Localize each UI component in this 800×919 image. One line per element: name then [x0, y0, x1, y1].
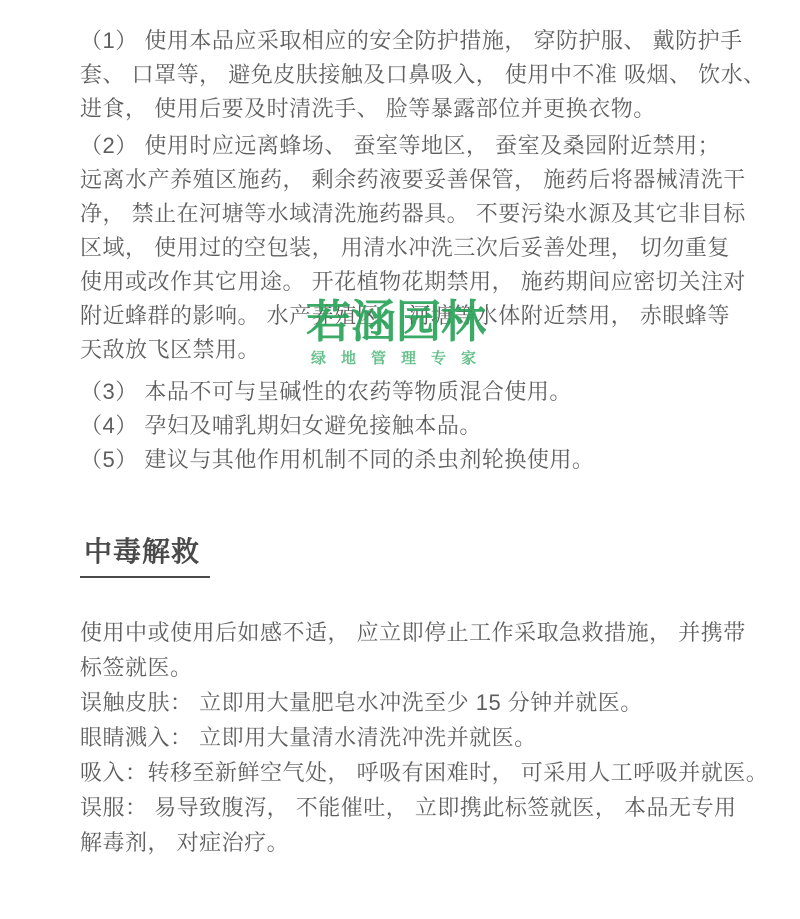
first-aid-section: 使用中或使用后如感不适， 应立即停止工作采取急救措施， 并携带 标签就医。 误触…	[0, 615, 800, 860]
section-heading-wrap: 中毒解救	[80, 530, 800, 578]
first-aid-line: 吸入：转移至新鲜空气处， 呼吸有困难时， 可采用人工呼吸并就医。	[80, 755, 800, 790]
precaution-line: （4） 孕妇及哺乳期妇女避免接触本品。	[80, 409, 800, 443]
precaution-line: 使用或改作其它用途。 开花植物花期禁用， 施药期间应密切关注对	[80, 265, 800, 299]
precaution-line: 净， 禁止在河塘等水域清洗施药器具。 不要污染水源及其它非目标	[80, 197, 800, 231]
precaution-line: 天敌放飞区禁用。	[80, 333, 800, 367]
precaution-line: （3） 本品不可与呈碱性的农药等物质混合使用。	[80, 375, 800, 409]
precautions-section: （1） 使用本品应采取相应的安全防护措施， 穿防护服、 戴防护手 套、 口罩等，…	[0, 0, 800, 477]
poison-rescue-section-title: 中毒解救	[80, 530, 210, 578]
first-aid-line: 解毒剂， 对症治疗。	[80, 825, 800, 860]
pesticide-label-page: （1） 使用本品应采取相应的安全防护措施， 穿防护服、 戴防护手 套、 口罩等，…	[0, 0, 800, 919]
precaution-line: 区域， 使用过的空包装， 用清水冲洗三次后妥善处理， 切勿重复	[80, 231, 800, 265]
precaution-line: （1） 使用本品应采取相应的安全防护措施， 穿防护服、 戴防护手	[80, 24, 800, 58]
first-aid-line: 误服： 易导致腹泻， 不能催吐， 立即携此标签就医， 本品无专用	[80, 790, 800, 825]
first-aid-line: 标签就医。	[80, 650, 800, 685]
first-aid-line: 误触皮肤： 立即用大量肥皂水冲洗至少 15 分钟并就医。	[80, 685, 800, 720]
first-aid-line: 眼睛溅入： 立即用大量清水清洗冲洗并就医。	[80, 720, 800, 755]
first-aid-line: 使用中或使用后如感不适， 应立即停止工作采取急救措施， 并携带	[80, 615, 800, 650]
precaution-line: （2） 使用时应远离蜂场、 蚕室等地区， 蚕室及桑园附近禁用；	[80, 129, 800, 163]
precaution-line: （5） 建议与其他作用机制不同的杀虫剂轮换使用。	[80, 443, 800, 477]
precaution-line: 远离水产养殖区施药， 剩余药液要妥善保管， 施药后将器械清洗干	[80, 163, 800, 197]
precaution-line: 附近蜂群的影响。 水产养殖区、 河塘等水体附近禁用， 赤眼蜂等	[80, 299, 800, 333]
precaution-line: 套、 口罩等， 避免皮肤接触及口鼻吸入， 使用中不准 吸烟、 饮水、	[80, 58, 800, 92]
precaution-line: 进食， 使用后要及时清洗手、 脸等暴露部位并更换衣物。	[80, 92, 800, 126]
